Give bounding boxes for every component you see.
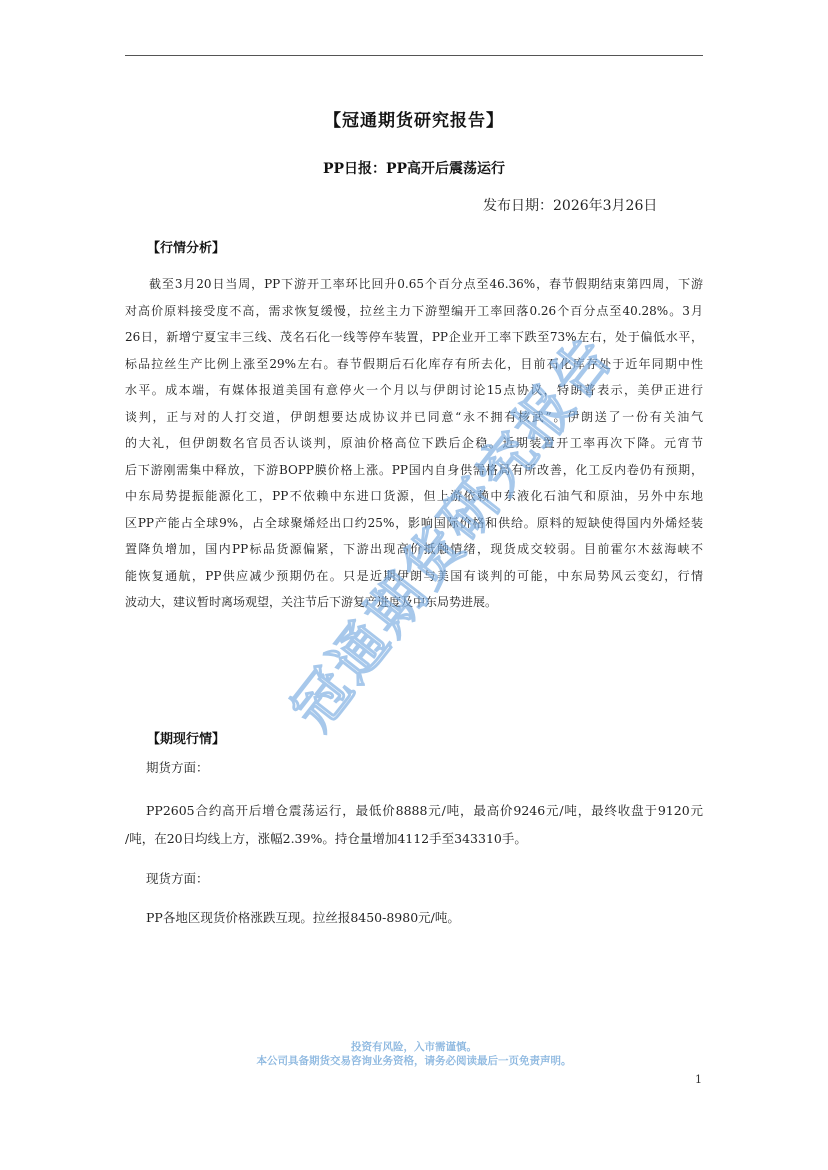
spot-label: 现货方面：: [146, 869, 209, 887]
analysis-line: 区PP产能占全球9%，占全球聚烯烃出口约25%，影响国际价格和供给。原料的短缺使…: [125, 510, 703, 537]
page-number: 1: [695, 1073, 702, 1086]
footer-disclaimer: 投资有风险，入市需谨慎。 本公司具备期货交易咨询业务资格，请务必阅读最后一页免责…: [0, 1040, 828, 1068]
header-rule: [125, 55, 703, 56]
futures-paragraph: PP2605合约高开后增仓震荡运行，最低价8888元/吨，最高价9246元/吨，…: [125, 797, 703, 853]
analysis-line: 标品拉丝生产比例上涨至29%左右。春节假期后石化库存有所去化，目前石化库存处于近…: [125, 351, 703, 378]
analysis-line: 的大礼，但伊朗数名官员否认谈判，原油价格高位下跌后企稳。近期装置开工率再次下降。…: [125, 430, 703, 457]
futures-label: 期货方面：: [146, 758, 209, 776]
report-subtitle: PP日报：PP高开后震荡运行: [0, 158, 828, 178]
futures-line: PP2605合约高开后增仓震荡运行，最低价8888元/吨，最高价9246元/吨，…: [125, 797, 703, 825]
analysis-line: 中东局势提振能源化工，PP不依赖中东进口货源，但上游依赖中东液化石油气和原油，另…: [125, 483, 703, 510]
analysis-line: 截至3月20日当周，PP下游开工率环比回升0.65个百分点至46.36%，春节假…: [125, 271, 703, 298]
analysis-line: 对高价原料接受度不高，需求恢复缓慢，拉丝主力下游塑编开工率回落0.26个百分点至…: [125, 298, 703, 325]
analysis-line: 能恢复通航，PP供应减少预期仍在。只是近期伊朗与美国有谈判的可能，中东局势风云变…: [125, 563, 703, 590]
analysis-line: 置降负增加，国内PP标品货源偏紧，下游出现高价抵触情绪，现货成交较弱。目前霍尔木…: [125, 536, 703, 563]
analysis-paragraph: 截至3月20日当周，PP下游开工率环比回升0.65个百分点至46.36%，春节假…: [125, 271, 703, 616]
analysis-line: 谈判，正与对的人打交道，伊朗想要达成协议并已同意“永不拥有核武”。伊朗送了一份有…: [125, 404, 703, 431]
qualification-disclaimer: 本公司具备期货交易咨询业务资格，请务必阅读最后一页免责声明。: [0, 1054, 828, 1068]
spot-paragraph: PP各地区现货价格涨跌互现。拉丝报8450-8980元/吨。: [146, 908, 460, 926]
report-title: 【冠通期货研究报告】: [0, 106, 828, 131]
section-heading-analysis: 【行情分析】: [147, 237, 225, 256]
analysis-line: 水平。成本端，有媒体报道美国有意停火一个月以与伊朗讨论15点协议，特朗普表示，美…: [125, 377, 703, 404]
futures-line: /吨，在20日均线上方，涨幅2.39%。持仓量增加4112手至343310手。: [125, 825, 703, 853]
analysis-line: 波动大，建议暂时离场观望，关注节后下游复产进度及中东局势进展。: [125, 589, 703, 616]
analysis-line: 后下游刚需集中释放，下游BOPP膜价格上涨。PP国内自身供需格局有所改善，化工反…: [125, 457, 703, 484]
analysis-line: 26日，新增宁夏宝丰三线、茂名石化一线等停车装置，PP企业开工率下跌至73%左右…: [125, 324, 703, 351]
section-heading-market: 【期现行情】: [147, 728, 225, 747]
publish-date: 发布日期：2026年3月26日: [483, 195, 657, 215]
risk-warning: 投资有风险，入市需谨慎。: [0, 1040, 828, 1054]
